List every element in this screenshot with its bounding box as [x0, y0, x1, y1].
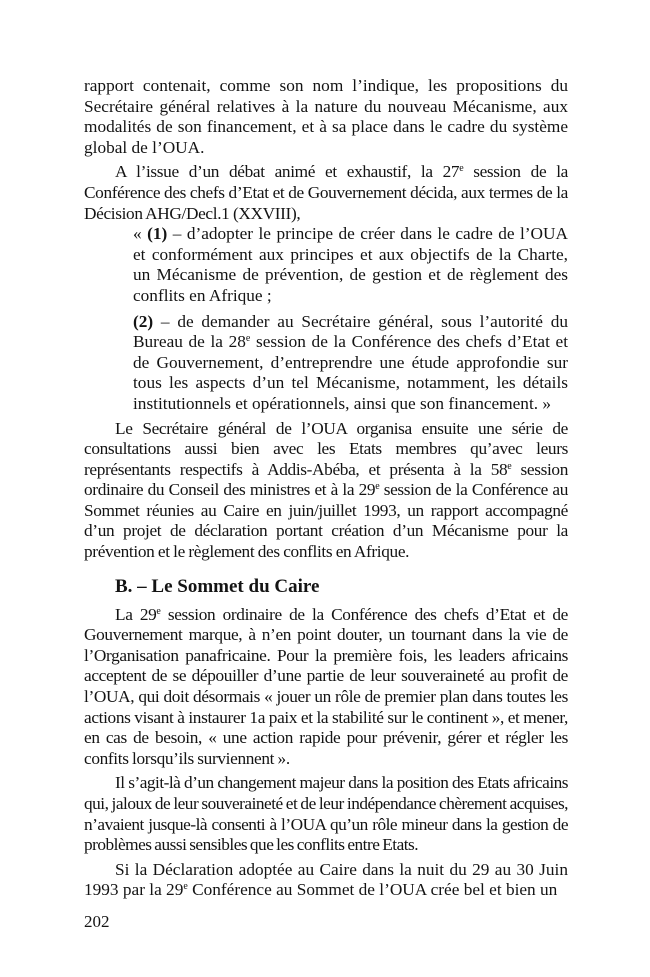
paragraph-cairo-declaration: Si la Déclaration adoptée au Caire dans … [84, 860, 568, 901]
paragraph-report-contents: rapport contenait, comme son nom l’indiq… [84, 76, 568, 158]
text: La 29 [115, 605, 156, 624]
quote-item-2: (2) – de demander au Secrétaire général,… [133, 312, 568, 415]
text: A l’issue d’un débat animé et exhaustif,… [115, 162, 459, 181]
paragraph-secretary-consultations: Le Secrétaire général de l’OUA organisa … [84, 419, 568, 563]
text: session ordinaire de la Conférence des c… [84, 605, 568, 768]
text: Conférence au Sommet de l’OUA crée bel e… [188, 880, 558, 899]
item-number: (1) [147, 224, 167, 243]
page-number: 202 [84, 912, 110, 932]
page-body: rapport contenait, comme son nom l’indiq… [84, 76, 568, 901]
paragraph-major-change: Il s’agit-là d’un changement majeur dans… [84, 773, 568, 855]
item-number: (2) [133, 312, 153, 331]
quote-item-1: « (1) – d’adopter le principe de créer d… [133, 224, 568, 306]
paragraph-29th-session: La 29e session ordinaire de la Conférenc… [84, 605, 568, 770]
section-heading: B. – Le Sommet du Caire [115, 575, 568, 599]
open-guillemet: « [133, 224, 147, 243]
text: Le Secrétaire général de l’OUA organisa … [84, 419, 568, 479]
text: – d’adopter le principe de créer dans le… [133, 224, 568, 305]
decision-quote-block: « (1) – d’adopter le principe de créer d… [133, 224, 568, 414]
paragraph-27th-session: A l’issue d’un débat animé et exhaustif,… [84, 162, 568, 224]
